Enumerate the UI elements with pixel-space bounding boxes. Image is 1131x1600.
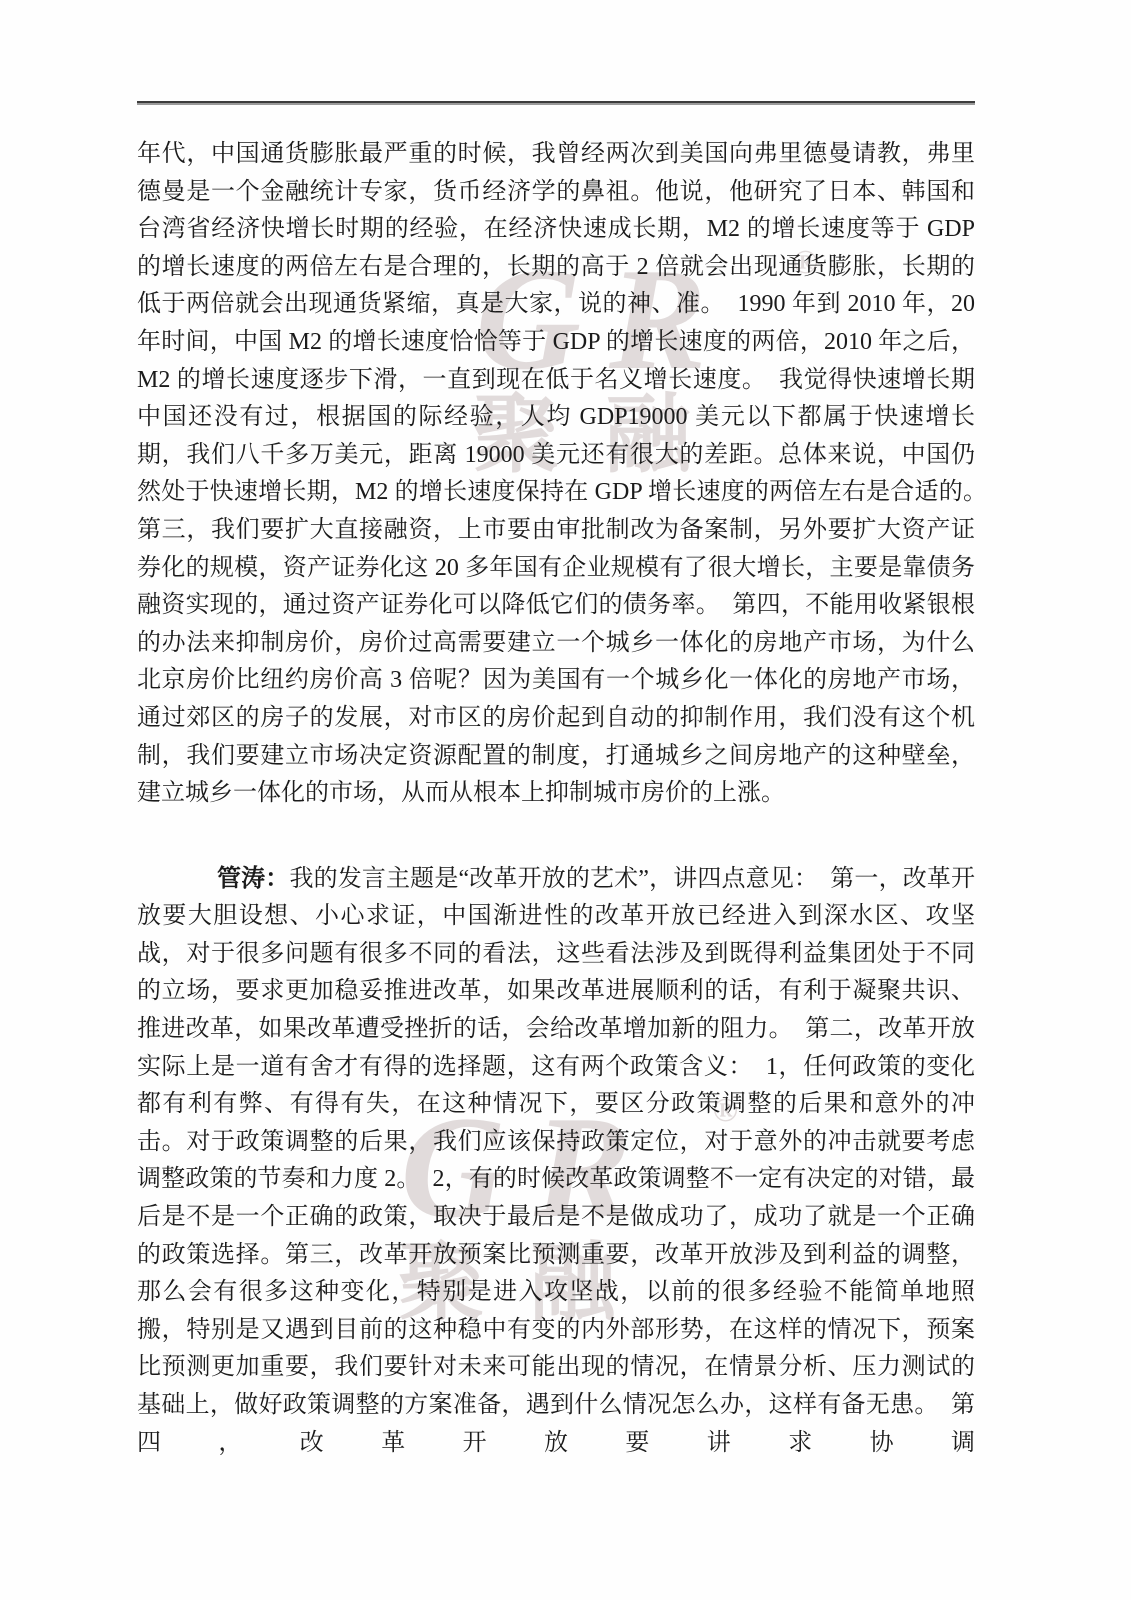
speaker-name: 管涛： <box>217 866 289 892</box>
paragraph-speaker-guantao: 管涛：我的发言主题是“改革开放的艺术”，讲四点意见： 第一，改革开放要大胆设想、… <box>137 861 975 1463</box>
body-text: 年代，中国通货膨胀最严重的时候，我曾经两次到美国向弗里德曼请教，弗里德曼是一个金… <box>137 102 975 1462</box>
document-page: ® GR 聚融 ® GR 聚融 年代，中国通货膨胀最严重的时候，我曾经两次到美国… <box>0 0 1131 1600</box>
paragraph-text: 年代，中国通货膨胀最严重的时候，我曾经两次到美国向弗里德曼请教，弗里德曼是一个金… <box>137 141 999 806</box>
paragraph-text: 我的发言主题是“改革开放的艺术”，讲四点意见： 第一，改革开放要大胆设想、小心求… <box>137 866 975 1456</box>
paragraph-continuation: 年代，中国通货膨胀最严重的时候，我曾经两次到美国向弗里德曼请教，弗里德曼是一个金… <box>137 136 975 813</box>
